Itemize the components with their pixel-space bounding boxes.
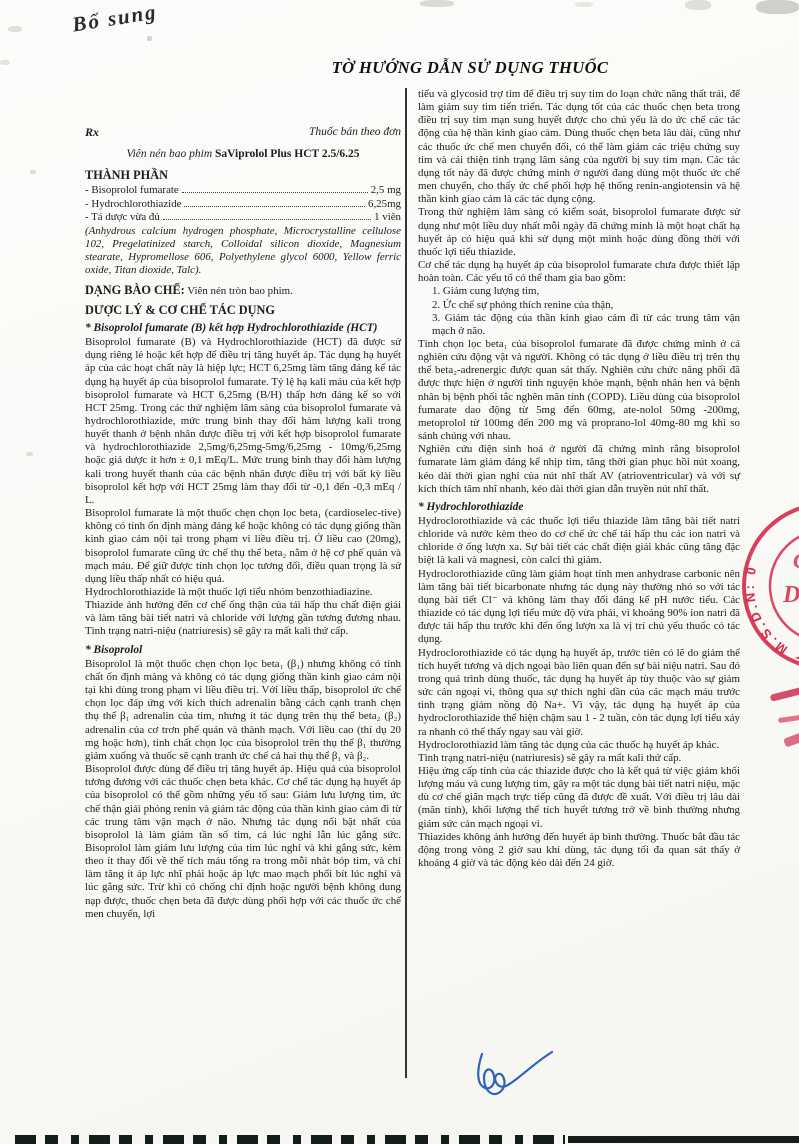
hydrochlorothiazide-subheading: * Hydrochlorothiazide: [418, 501, 740, 514]
ingredient-name: - Hydrochlorothiazide: [85, 198, 181, 211]
scan-corner-shadow: [756, 0, 799, 14]
barcode-bar: [568, 1136, 799, 1143]
scan-smudge: [685, 0, 711, 10]
red-ink-mark: [783, 732, 799, 748]
paragraph: Hydroclorothiazide có tác dụng hạ huyết …: [418, 647, 740, 739]
list-item: 2. Ức chế sự phóng thích renine của thận…: [418, 299, 740, 312]
ingredient-row: - Tá dược vừa đủ 1 viên: [85, 211, 401, 224]
red-ink-mark: [778, 714, 799, 723]
scan-speck: [147, 36, 152, 41]
ingredient-amount: 2,5 mg: [371, 184, 401, 197]
paragraph: Hydrochlorothiazide là một thuốc lợi tiể…: [85, 586, 401, 599]
pharmacology-heading: DƯỢC LÝ & CƠ CHẾ TÁC DỤNG: [85, 304, 401, 317]
ingredient-row: - Hydrochlorothiazide 6,25mg: [85, 198, 401, 211]
list-item: 1. Giảm cung lượng tim,: [418, 285, 740, 298]
scan-smudge: [8, 26, 22, 32]
paragraph: Bisoprolol fumarate là một thuốc chẹn ch…: [85, 507, 401, 586]
dot-leader: [182, 192, 368, 193]
ingredient-row: - Bisoprolol fumarate 2,5 mg: [85, 184, 401, 197]
paragraph: Nghiên cứu điện sinh hoá ở người đã chứn…: [418, 443, 740, 496]
ingredient-name: - Tá dược vừa đủ: [85, 211, 160, 224]
dosage-form-label: DẠNG BÀO CHẾ:: [85, 283, 185, 297]
product-name: SaViprolol Plus HCT 2.5/6.25: [215, 148, 360, 160]
ingredient-name: - Bisoprolol fumarate: [85, 184, 179, 197]
composition-heading: THÀNH PHẦN: [85, 169, 401, 182]
svg-text:C: C: [793, 548, 799, 573]
red-company-stamp: ★ M.S.D.N: 0 C DU: [731, 498, 799, 676]
rx-line: Rx Thuốc bán theo đơn: [85, 126, 401, 139]
paragraph: Bisoprolol là một thuốc chẹn chọn lọc be…: [85, 658, 401, 763]
paragraph: Hydroclorothiazid làm tăng tác dụng của …: [418, 739, 740, 752]
scan-speck: [30, 170, 36, 174]
paragraph: Thiazides không ảnh hưởng đến huyết áp b…: [418, 831, 740, 870]
left-column: Rx Thuốc bán theo đơn Viên nén bao phim …: [85, 126, 401, 921]
scan-smudge: [420, 0, 454, 7]
barcode-strip: [0, 1131, 799, 1144]
numbered-list: 1. Giảm cung lượng tim, 2. Ức chế sự phó…: [418, 285, 740, 338]
ingredient-amount: 1 viên: [374, 211, 401, 224]
paragraph: Hiệu ứng cấp tính của các thiazide được …: [418, 765, 740, 831]
dosage-form-value: Viên nén tròn bao phim.: [187, 285, 293, 297]
list-item: 3. Giảm tác động của thần kinh giao cảm …: [418, 312, 740, 338]
dot-leader: [184, 206, 365, 207]
ingredient-amount: 6,25mg: [368, 198, 401, 211]
paragraph: Thiazide ảnh hưởng đến cơ chế ống thận c…: [85, 599, 401, 638]
column-divider: [405, 88, 407, 1078]
paragraph: Trong thử nghiệm lâm sàng có kiểm soát, …: [418, 206, 740, 259]
excipients-paragraph: (Anhydrous calcium hydrogen phosphate, M…: [85, 225, 401, 278]
scanned-leaflet-page: Bổ sung TỜ HƯỚNG DẪN SỬ DỤNG THUỐC Rx Th…: [0, 0, 799, 1144]
scan-speck: [26, 452, 33, 456]
rx-symbol: Rx: [85, 126, 99, 139]
dot-leader: [163, 219, 371, 220]
product-name-line: Viên nén bao phim SaViprolol Plus HCT 2.…: [85, 148, 401, 161]
scan-speck: [0, 60, 10, 65]
paragraph: Cơ chế tác dụng hạ huyết áp của bisoprol…: [418, 259, 740, 285]
svg-text:DU: DU: [782, 582, 799, 608]
right-column: tiểu và glycosid trợ tim để điều trị suy…: [418, 88, 740, 870]
dosage-form-line: DẠNG BÀO CHẾ: Viên nén tròn bao phim.: [85, 284, 401, 298]
scan-smudge: [575, 2, 593, 7]
document-title: TỜ HƯỚNG DẪN SỬ DỤNG THUỐC: [210, 58, 730, 78]
paragraph: Tính chọn lọc beta₁ của bisoprolol fumar…: [418, 338, 740, 443]
signature: [468, 1046, 558, 1112]
product-form-prefix: Viên nén bao phim: [126, 148, 212, 160]
bisoprolol-subheading: * Bisoprolol: [85, 644, 401, 657]
prescription-note: Thuốc bán theo đơn: [309, 126, 401, 139]
red-ink-mark: [770, 685, 799, 701]
combo-subheading: * Bisoprolol fumarate (B) kết hợp Hydroc…: [85, 322, 401, 335]
handwritten-note: Bổ sung: [71, 0, 160, 38]
paragraph: Hydroclorothiazide cũng làm giảm hoạt tí…: [418, 568, 740, 647]
paragraph: Bisoprolol được dùng để điều trị tăng hu…: [85, 763, 401, 921]
paragraph: Hydroclorothiazide và các thuốc lợi tiểu…: [418, 515, 740, 568]
paragraph: Bisoprolol fumarate (B) và Hydrochloroth…: [85, 336, 401, 507]
barcode-blocks: [15, 1135, 565, 1144]
paragraph: tiểu và glycosid trợ tim để điều trị suy…: [418, 88, 740, 206]
paragraph: Tình trạng natri-niệu (natriuresis) sẽ g…: [418, 752, 740, 765]
